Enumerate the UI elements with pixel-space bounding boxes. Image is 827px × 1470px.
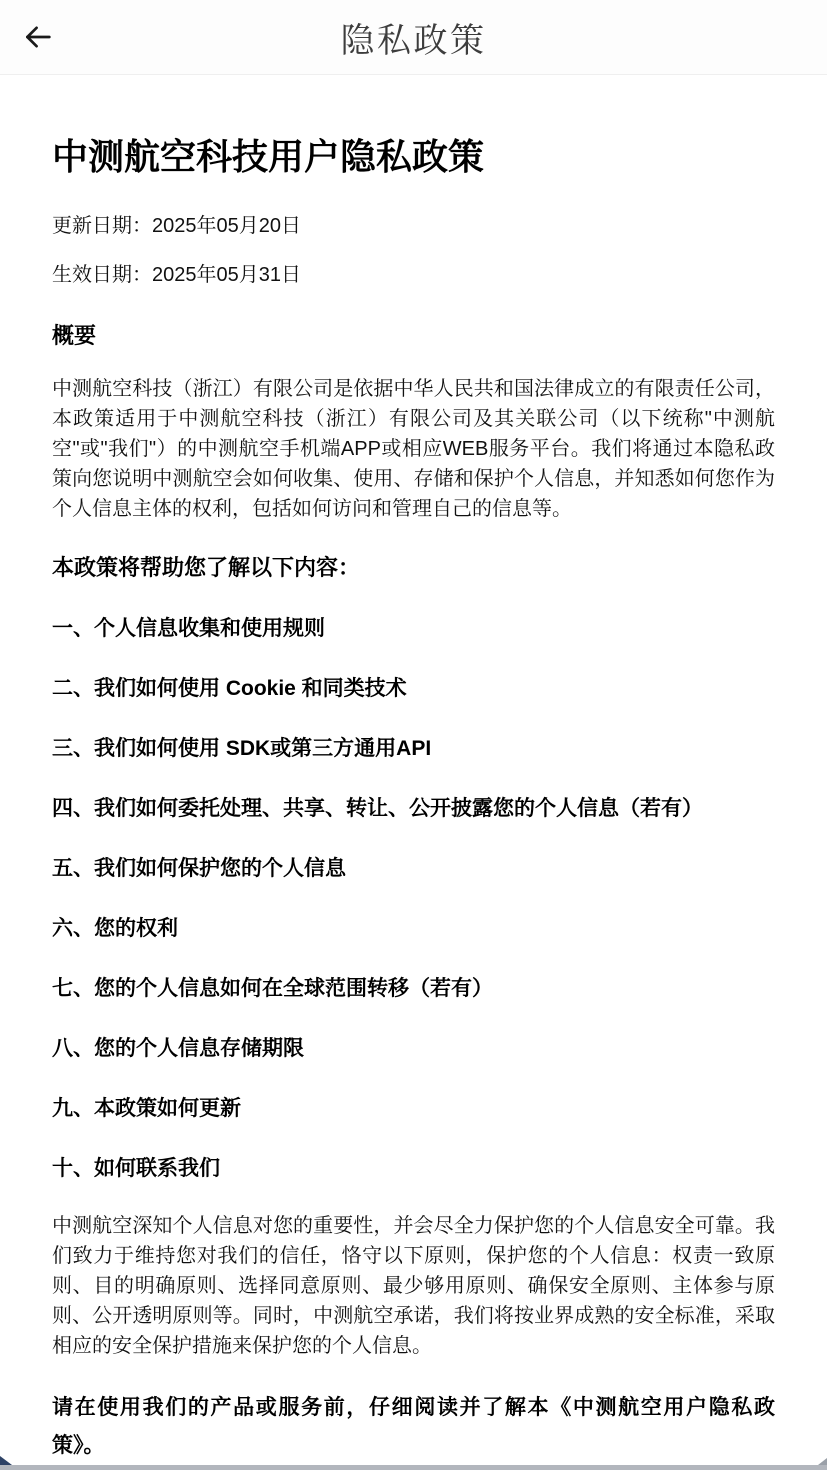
back-arrow-icon: [21, 20, 55, 54]
toc-item-2: 二、我们如何使用 Cookie 和同类技术: [52, 673, 775, 704]
toc-item-4: 四、我们如何委托处理、共享、转让、公开披露您的个人信息（若有）: [52, 793, 775, 824]
updated-date: 更新日期：2025年05月20日: [52, 211, 775, 241]
toc-item-5: 五、我们如何保护您的个人信息: [52, 853, 775, 884]
app-bar: 隐私政策: [0, 0, 827, 75]
page-title: 隐私政策: [341, 13, 487, 62]
bottom-left-corner-accent: [0, 1456, 12, 1465]
overview-paragraph: 中测航空科技（浙江）有限公司是依据中华人民共和国法律成立的有限责任公司，本政策适…: [52, 374, 775, 524]
closing-paragraph: 请在使用我们的产品或服务前，仔细阅读并了解本《中测航空用户隐私政策》。: [52, 1389, 775, 1465]
effective-date: 生效日期：2025年05月31日: [52, 260, 775, 290]
bottom-right-corner-accent: [818, 1458, 827, 1465]
toc-item-6: 六、您的权利: [52, 913, 775, 944]
toc-item-3: 三、我们如何使用 SDK或第三方通用API: [52, 733, 775, 764]
policy-document: 中测航空科技用户隐私政策 更新日期：2025年05月20日 生效日期：2025年…: [0, 135, 827, 1465]
overview-heading: 概要: [52, 320, 775, 352]
toc-item-7: 七、您的个人信息如何在全球范围转移（若有）: [52, 973, 775, 1004]
toc-heading: 本政策将帮助您了解以下内容：: [52, 552, 775, 584]
back-button[interactable]: [14, 13, 62, 61]
toc-item-9: 九、本政策如何更新: [52, 1093, 775, 1124]
toc-item-8: 八、您的个人信息存储期限: [52, 1033, 775, 1064]
toc-item-1: 一、个人信息收集和使用规则: [52, 613, 775, 644]
toc-item-10: 十、如何联系我们: [52, 1153, 775, 1184]
principles-paragraph: 中测航空深知个人信息对您的重要性，并会尽全力保护您的个人信息安全可靠。我们致力于…: [52, 1211, 775, 1361]
document-title: 中测航空科技用户隐私政策: [52, 135, 775, 179]
bottom-edge-bar: [0, 1465, 827, 1470]
